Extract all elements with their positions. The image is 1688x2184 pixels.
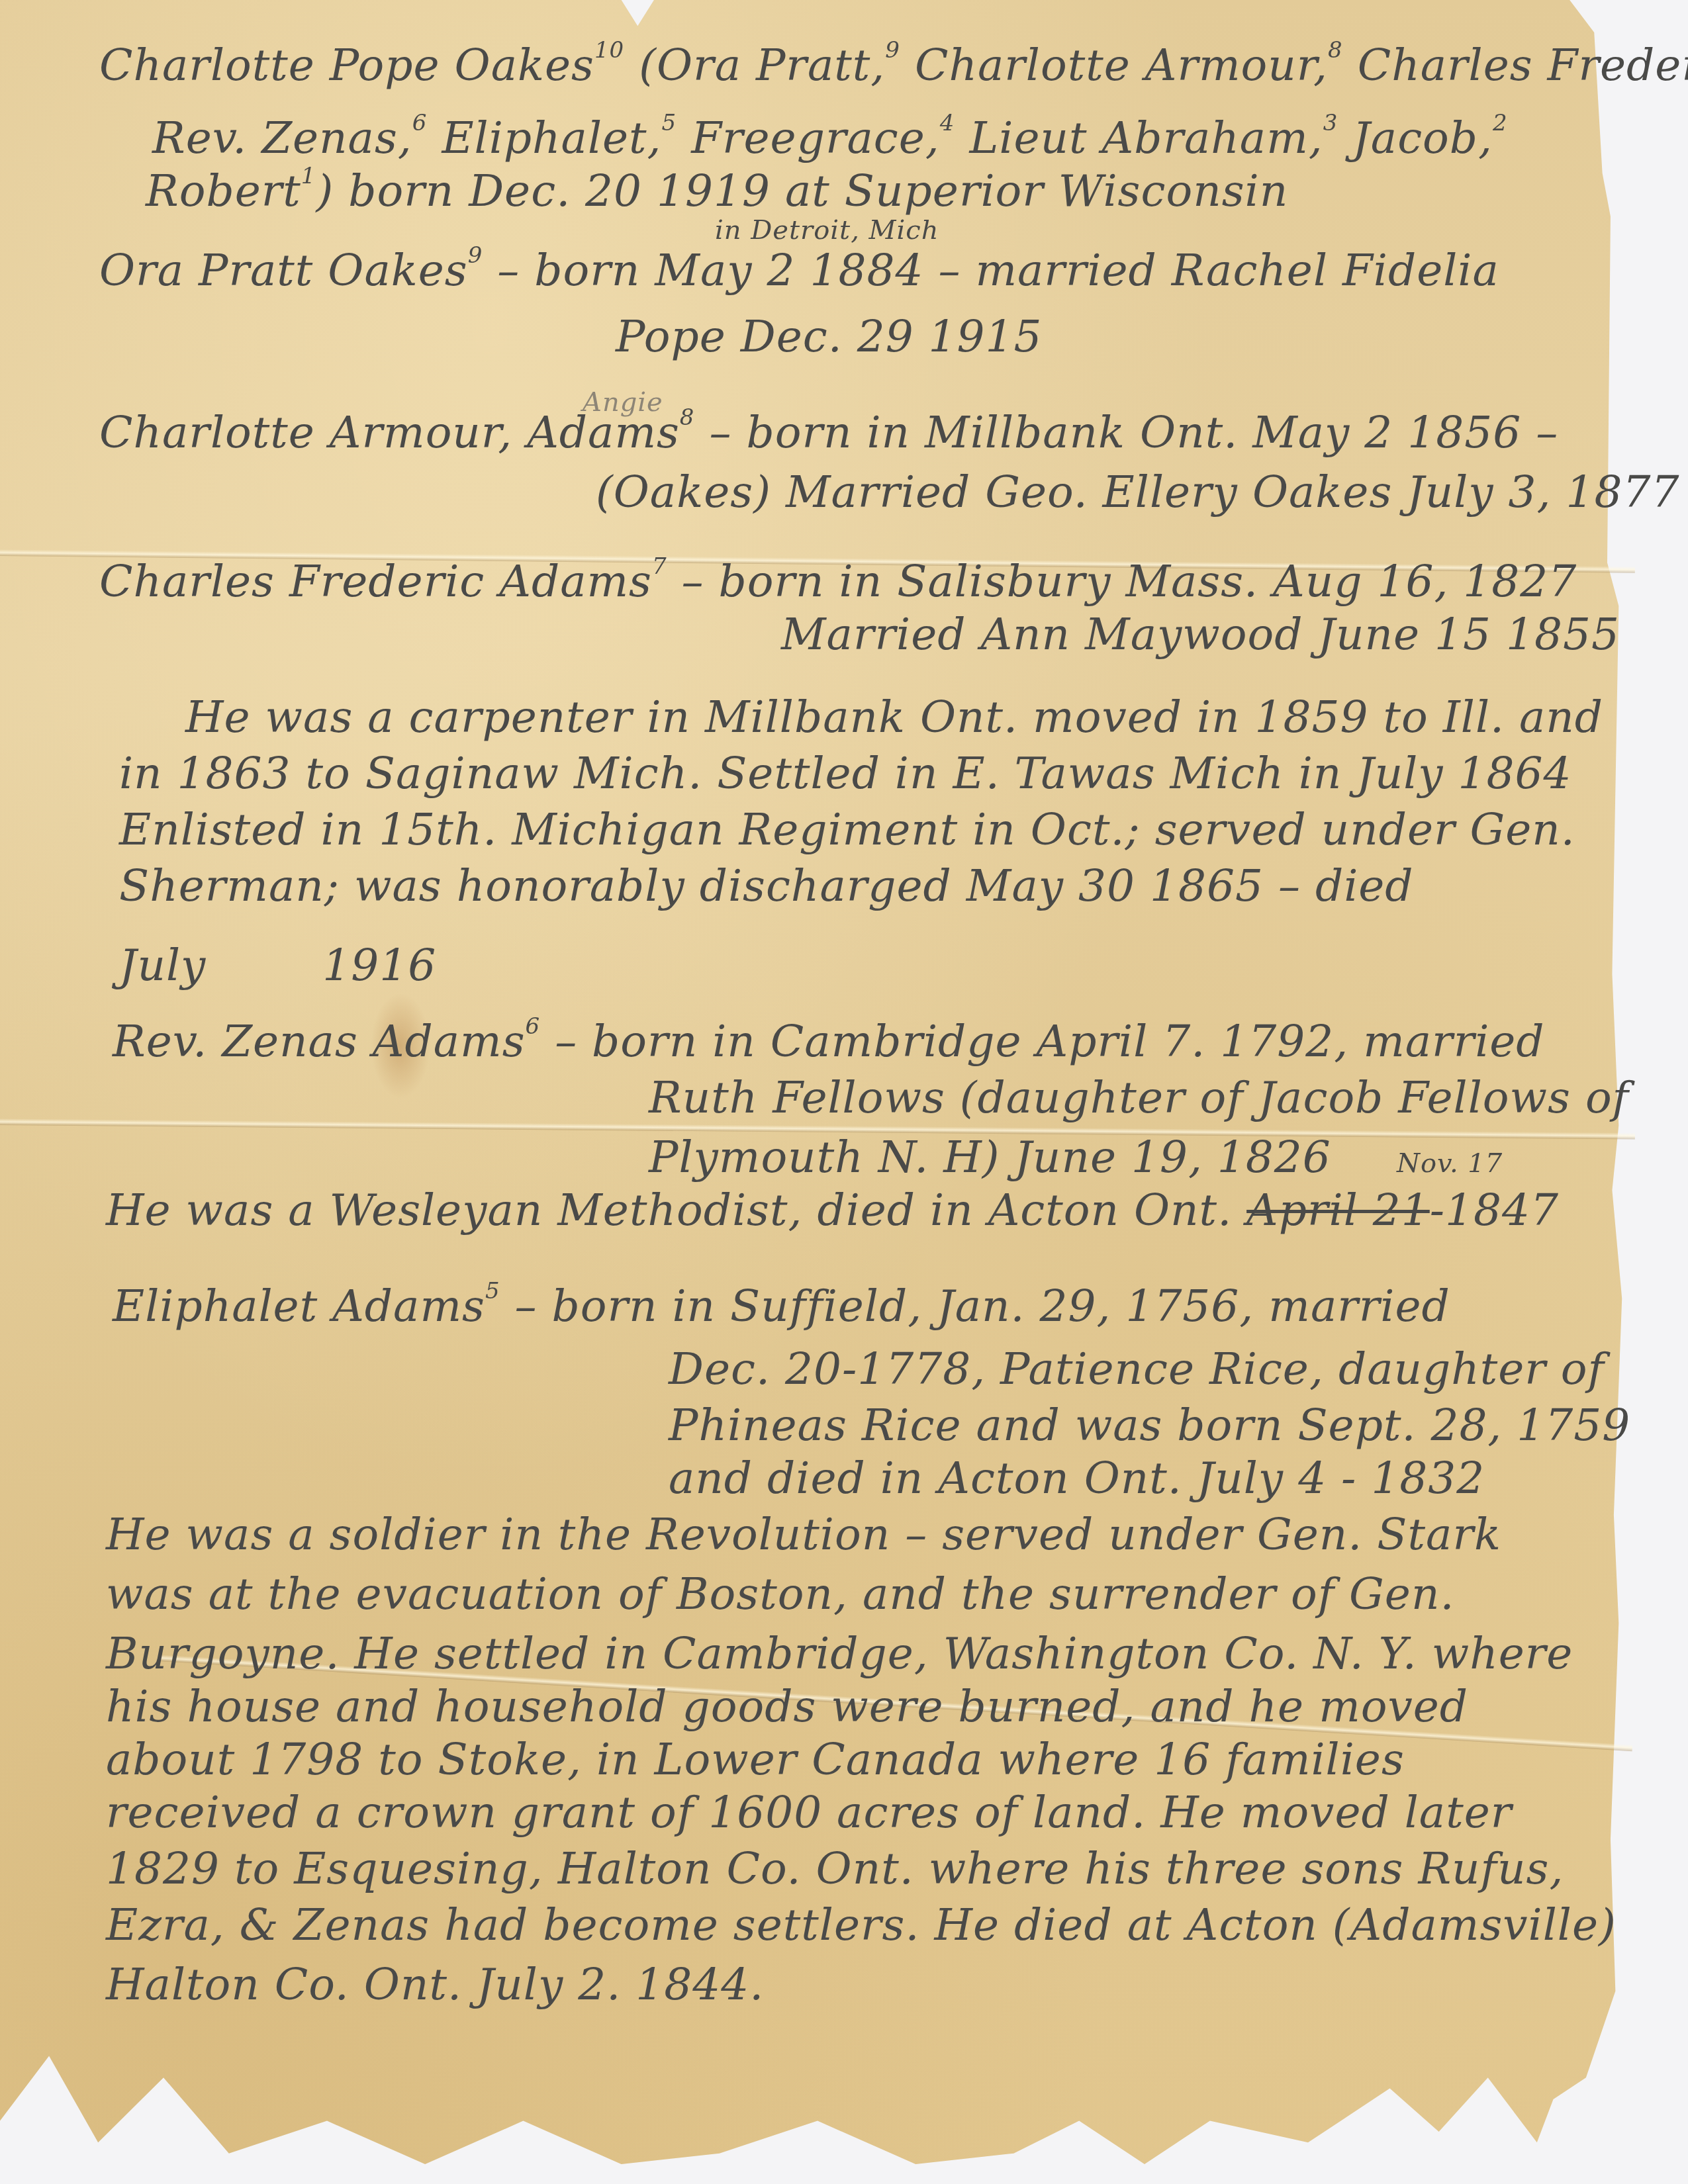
entry-text-continued: and died in Acton Ont. July 4 - 1832 bbox=[669, 1453, 1485, 1504]
entry-name: Rev. Zenas Adams bbox=[113, 1016, 526, 1067]
entry-text-continued: Plymouth N. H) June 19, 1826 bbox=[649, 1132, 1331, 1183]
lineage-text: Robert bbox=[146, 165, 301, 216]
generation-number: 5 bbox=[662, 110, 677, 136]
narrative-line: He was a soldier in the Revolution – ser… bbox=[106, 1509, 1501, 1560]
entry-text: – born May 2 1884 – married Rachel Fidel… bbox=[497, 245, 1499, 296]
narrative-line: He was a carpenter in Millbank Ont. move… bbox=[185, 692, 1603, 743]
narrative-line: in 1863 to Saginaw Mich. Settled in E. T… bbox=[119, 748, 1572, 799]
narrative-line: Halton Co. Ont. July 2. 1844. bbox=[106, 1959, 764, 2010]
generation-number: 8 bbox=[680, 404, 695, 431]
generation-number: 8 bbox=[1328, 37, 1343, 64]
narrative-line: received a crown grant of 1600 acres of … bbox=[106, 1787, 1512, 1838]
narrative-line: Ezra, & Zenas had become settlers. He di… bbox=[106, 1899, 1617, 1950]
narrative-line: Burgoyne. He settled in Cambridge, Washi… bbox=[106, 1628, 1573, 1679]
entry-name: Ora Pratt Oakes bbox=[99, 245, 468, 296]
entry-text-continued: (Oakes) Married Geo. Ellery Oakes July 3… bbox=[596, 467, 1680, 518]
header-line-3: Robert1) born Dec. 20 1919 at Superior W… bbox=[146, 165, 1288, 216]
entry-eliphalet-adams: Eliphalet Adams5 – born in Suffield, Jan… bbox=[113, 1281, 1450, 1332]
narrative-line: 1829 to Esquesing, Halton Co. Ont. where… bbox=[106, 1843, 1564, 1894]
entry-text-continued: Dec. 20-1778, Patience Rice, daughter of bbox=[669, 1343, 1605, 1394]
header-line-1: Charlotte Pope Oakes10 (Ora Pratt,9 Char… bbox=[99, 40, 1688, 91]
narrative-line: was at the evacuation of Boston, and the… bbox=[106, 1569, 1454, 1619]
generation-number: 4 bbox=[940, 110, 955, 136]
entry-text: – born in Millbank Ont. May 2 1856 – bbox=[709, 407, 1558, 458]
generation-number: 6 bbox=[526, 1013, 541, 1040]
lineage-text: Charlotte Armour, bbox=[915, 40, 1328, 91]
entry-text: – born in Suffield, Jan. 29, 1756, marri… bbox=[515, 1281, 1450, 1332]
generation-number: 10 bbox=[594, 37, 624, 64]
narrative-line: Sherman; was honorably discharged May 30… bbox=[119, 860, 1414, 911]
entry-charles-frederic-adams: Charles Frederic Adams7 – born in Salisb… bbox=[99, 556, 1577, 607]
lineage-text: Rev. Zenas, bbox=[152, 113, 412, 163]
married-name: (Oakes) bbox=[596, 467, 771, 518]
entry-text: – born in Salisbury Mass. Aug 16, 1827 bbox=[682, 556, 1577, 607]
narrative-line: about 1798 to Stoke, in Lower Canada whe… bbox=[106, 1734, 1405, 1785]
generation-number: 5 bbox=[485, 1278, 500, 1304]
insertion-note: in Detroit, Mich bbox=[715, 215, 939, 246]
entry-text: Married Geo. Ellery Oakes July 3, 1877 bbox=[786, 467, 1680, 518]
lineage-text: Eliphalet, bbox=[442, 113, 661, 163]
entry-ora-pratt-oakes: Ora Pratt Oakes9 – born May 2 1884 – mar… bbox=[99, 245, 1499, 296]
entry-charlotte-armour-adams: Charlotte Armour, Adams8 – born in Millb… bbox=[99, 407, 1558, 458]
subject-name: Charlotte Pope Oakes bbox=[99, 40, 594, 91]
entry-text: – born in Cambridge April 7. 1792, marri… bbox=[555, 1016, 1544, 1067]
lineage-text: (Ora Pratt, bbox=[639, 40, 885, 91]
narrative-text: He was a Wesleyan Methodist, died in Act… bbox=[106, 1185, 1232, 1236]
narrative-line: his house and household goods were burne… bbox=[106, 1681, 1468, 1732]
generation-number: 1 bbox=[301, 163, 316, 189]
generation-number: 3 bbox=[1323, 110, 1338, 136]
generation-number: 9 bbox=[885, 37, 900, 64]
generation-number: 6 bbox=[412, 110, 428, 136]
insertion-note: Nov. 17 bbox=[1397, 1148, 1503, 1179]
generation-number: 9 bbox=[468, 242, 483, 269]
lineage-text: Charles Frederic bbox=[1358, 40, 1688, 91]
narrative-line: Enlisted in 15th. Michigan Regiment in O… bbox=[119, 804, 1575, 855]
entry-name: Eliphalet Adams bbox=[113, 1281, 485, 1332]
narrative-line: July 1916 bbox=[119, 940, 436, 991]
entry-text-continued: Pope Dec. 29 1915 bbox=[616, 311, 1043, 362]
entry-rev-zenas-adams: Rev. Zenas Adams6 – born in Cambridge Ap… bbox=[113, 1016, 1545, 1067]
entry-text-continued: Married Ann Maywood June 15 1855 bbox=[781, 609, 1620, 660]
narrative-text: -1847 bbox=[1430, 1185, 1559, 1236]
struck-out-text: April 21 bbox=[1246, 1185, 1430, 1236]
generation-number: 7 bbox=[652, 553, 667, 580]
generation-number: 2 bbox=[1493, 110, 1508, 136]
narrative-line: He was a Wesleyan Methodist, died in Act… bbox=[106, 1185, 1559, 1236]
lineage-text: Jacob, bbox=[1352, 113, 1493, 163]
entry-name: Charles Frederic Adams bbox=[99, 556, 652, 607]
entry-surname: Adams bbox=[527, 407, 680, 458]
header-line-2: Rev. Zenas,6 Eliphalet,5 Freegrace,4 Lie… bbox=[152, 113, 1508, 163]
lineage-text: Lieut Abraham, bbox=[969, 113, 1323, 163]
entry-text-continued: Ruth Fellows (daughter of Jacob Fellows … bbox=[649, 1072, 1629, 1123]
entry-name: Charlotte Armour, bbox=[99, 407, 512, 458]
birth-text: ) born Dec. 20 1919 at Superior Wisconsi… bbox=[316, 165, 1288, 216]
entry-text-continued: Phineas Rice and was born Sept. 28, 1759 bbox=[669, 1400, 1630, 1451]
lineage-text: Freegrace, bbox=[691, 113, 940, 163]
